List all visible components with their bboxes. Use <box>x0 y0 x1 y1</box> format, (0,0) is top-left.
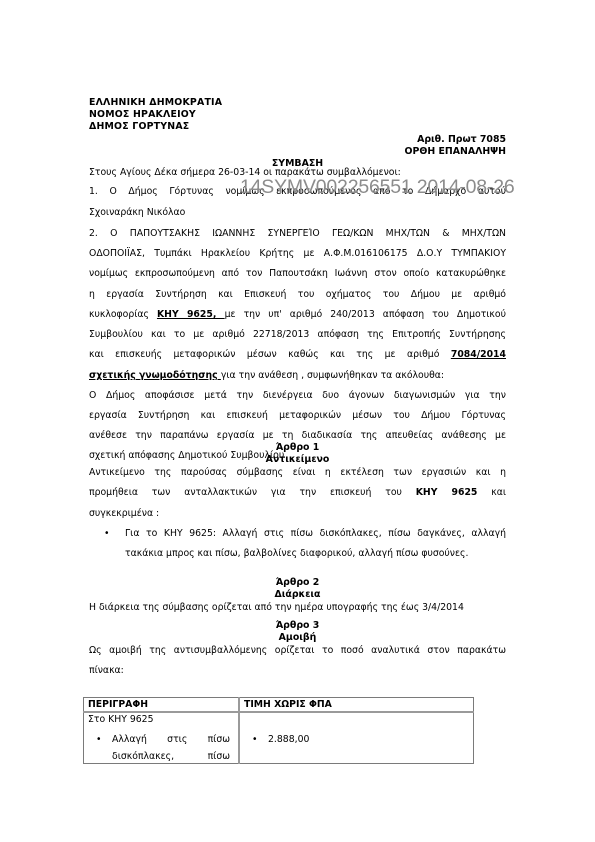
desc-bullet-line2: δισκόπλακες, πίσω <box>112 751 230 762</box>
price-table: ΠΕΡΙΓΡΑΦΗ ΤΙΜΗ ΧΩΡΙΣ ΦΠΑ Στο ΚΗΥ 9625 • … <box>83 697 474 764</box>
article1-line2-pre: προμήθεια των ανταλλακτικών για την επισ… <box>89 487 416 498</box>
decision-line1: Ο Δήμος αποφάσισε μετά την διενέργεια δυ… <box>89 390 506 401</box>
party2-line8-post: για την ανάθεση , συμφωνήθηκαν τα ακόλου… <box>221 370 444 381</box>
article1-title: Αντικείμενο <box>89 454 506 465</box>
header-description: ΠΕΡΙΓΡΑΦΗ <box>84 698 240 713</box>
party1-line2: Σχοιναράκη Νικόλαο <box>89 207 185 218</box>
article1-line2: προμήθεια των ανταλλακτικών για την επισ… <box>89 487 506 498</box>
decision-line3: ανέθεσε την παραπάνω εργασία με τη διαδι… <box>89 430 506 441</box>
desc-title: Στο ΚΗΥ 9625 <box>88 714 154 725</box>
cell-description: Στο ΚΗΥ 9625 • Αλλαγή στις πίσω δισκόπλα… <box>84 712 240 764</box>
price-value: 2.888,00 <box>268 734 309 745</box>
vehicle-plate: ΚΗΥ 9625, <box>157 309 225 320</box>
article2-number: Άρθρο 2 <box>89 577 506 588</box>
article1-vehicle: ΚΗΥ 9625 <box>416 487 478 498</box>
party2-line5: κυκλοφορίας ΚΗΥ 9625, με την υπ' αριθμό … <box>89 309 506 320</box>
header-municipality: ΔΗΜΟΣ ΓΟΡΤΥΝΑΣ <box>89 121 189 132</box>
article2-line1: Η διάρκεια της σύμβασης ορίζεται από την… <box>89 602 464 613</box>
party2-line2: ΟΔΟΠΟΙΪΑΣ, Τυμπάκι Ηρακλείου Κρήτης με Α… <box>89 248 506 259</box>
party2-line3: νομίμως εκπροσωπούμενη από τον Παπουτσάκ… <box>89 268 506 279</box>
opinion-number: 7084/2014 <box>451 349 506 360</box>
article3-line1: Ως αμοιβή της αντισυμβαλλόμενης ορίζεται… <box>89 645 506 656</box>
bullet-icon: • <box>252 734 257 745</box>
article3-number: Άρθρο 3 <box>89 620 506 631</box>
article1-bullet-line1: Για το ΚΗΥ 9625: Αλλαγή στις πίσω δισκόπ… <box>125 528 506 539</box>
party2-line5-post: με την υπ' αριθμό 240/2013 απόφαση του Δ… <box>225 309 506 320</box>
bullet-icon: • <box>104 528 109 539</box>
article3-title: Αμοιβή <box>89 632 506 643</box>
table-row: Στο ΚΗΥ 9625 • Αλλαγή στις πίσω δισκόπλα… <box>84 712 474 764</box>
party2-line4: η εργασία Συντήρηση και Επισκευή του οχή… <box>89 289 506 300</box>
ada-watermark: 14SYMV002256551 2014-08-26 <box>240 176 515 199</box>
article1-number: Άρθρο 1 <box>89 442 506 453</box>
party2-line8: σχετικής γνωμοδότησης για την ανάθεση , … <box>89 370 444 381</box>
article1-line2-post: και <box>477 487 506 498</box>
article1-line3: συγκεκριμένα : <box>89 508 159 519</box>
cell-price: • 2.888,00 <box>239 712 474 764</box>
opinion-label: σχετικής γνωμοδότησης <box>89 370 221 381</box>
article1-bullet-line2: τακάκια μπρος και πίσω, βαλβολίνες διαφο… <box>125 548 468 559</box>
party2-line7-pre: και επισκευής μεταφορικών μέσων καθώς κα… <box>89 349 451 360</box>
desc-bullet-line1: Αλλαγή στις πίσω <box>112 734 230 745</box>
table-header-row: ΠΕΡΙΓΡΑΦΗ ΤΙΜΗ ΧΩΡΙΣ ΦΠΑ <box>84 698 474 713</box>
bullet-icon: • <box>96 734 101 745</box>
protocol-number: Αριθ. Πρωτ 7085 <box>417 134 506 145</box>
article2-title: Διάρκεια <box>89 589 506 600</box>
party2-line7: και επισκευής μεταφορικών μέσων καθώς κα… <box>89 349 506 360</box>
party2-line1: 2. Ο ΠΑΠΟΥΤΣΑΚΗΣ ΙΩΑΝΝΗΣ ΣΥΝΕΡΓΕΊΟ ΓΕΩ/Κ… <box>89 228 506 239</box>
correction-label: ΟΡΘΗ ΕΠΑΝΑΛΗΨΗ <box>405 146 506 157</box>
header-price: ΤΙΜΗ ΧΩΡΙΣ ΦΠΑ <box>239 698 474 713</box>
decision-line2: εργασία Συντήρηση και επισκευή μεταφορικ… <box>89 410 506 421</box>
document-page: ΕΛΛΗΝΙΚΗ ΔΗΜΟΚΡΑΤΙΑ ΝΟΜΟΣ ΗΡΑΚΛΕΙΟΥ ΔΗΜΟ… <box>0 0 595 842</box>
header-prefecture: ΝΟΜΟΣ ΗΡΑΚΛΕΙΟΥ <box>89 109 196 120</box>
party2-line6: Συμβουλίου και το με αριθμό 22718/2013 α… <box>89 329 506 340</box>
article3-line2: πίνακα: <box>89 665 124 676</box>
party2-line5-pre: κυκλοφορίας <box>89 309 157 320</box>
article1-line1: Αντικείμενο της παρούσας σύμβασης είναι … <box>89 467 506 478</box>
header-country: ΕΛΛΗΝΙΚΗ ΔΗΜΟΚΡΑΤΙΑ <box>89 97 222 108</box>
